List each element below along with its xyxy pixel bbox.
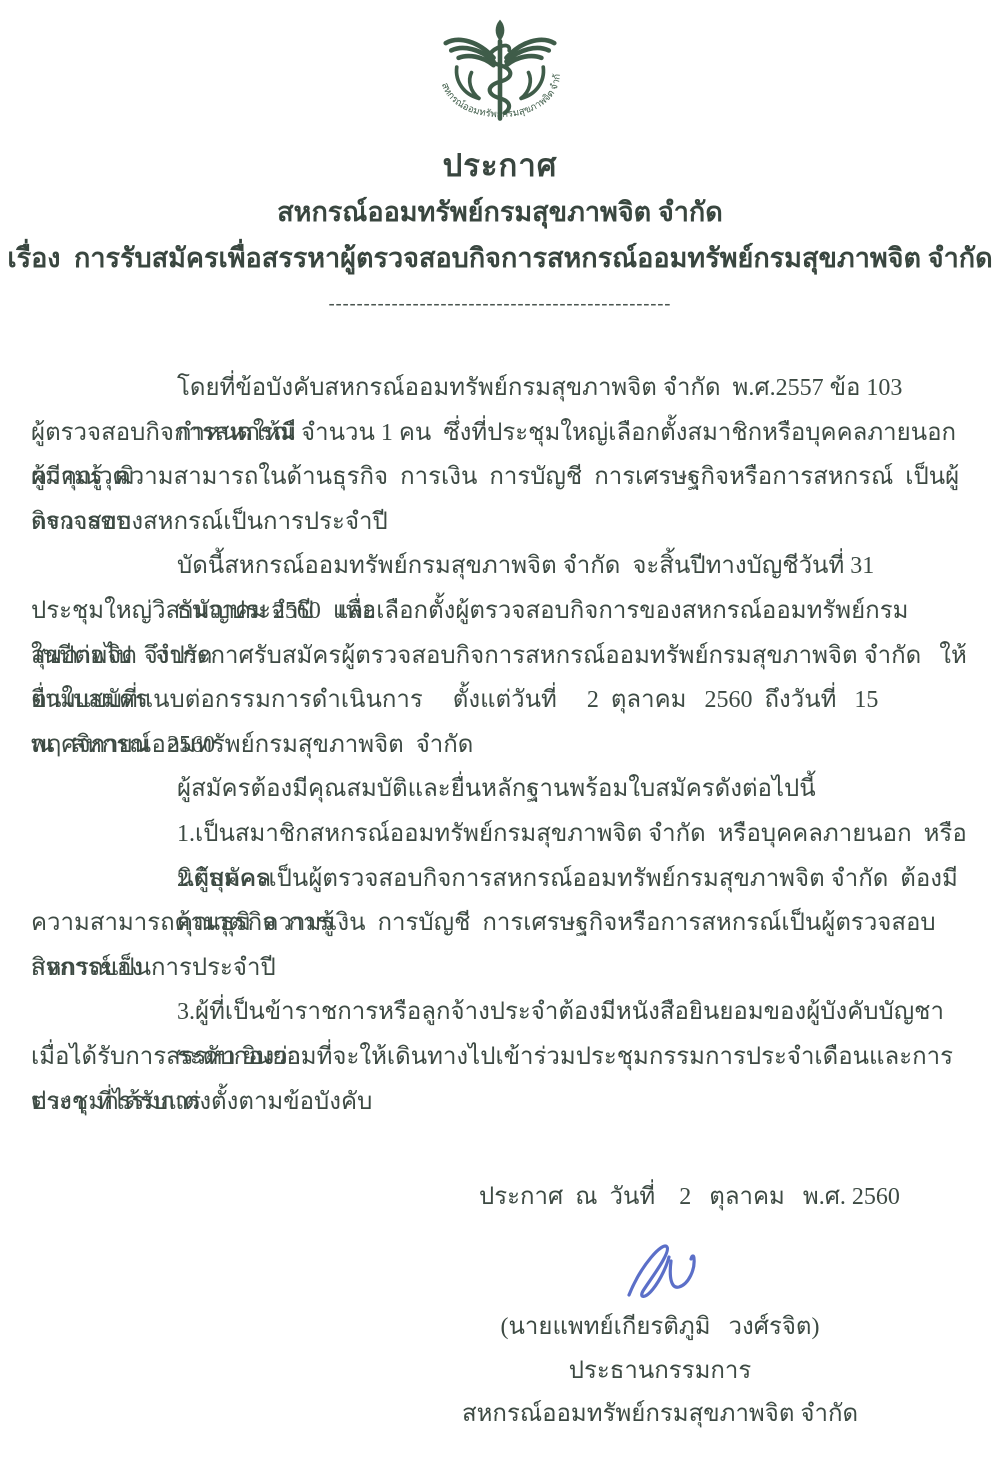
body-line: โดยที่ข้อบังคับสหกรณ์ออมทรัพย์กรมสุขภาพจ… — [31, 366, 969, 411]
signer-name: (นายแพทย์เกียรติภูมิ วงศ์รจิต) — [460, 1306, 860, 1350]
handwritten-signature-icon — [615, 1233, 735, 1311]
body-line: ต่างๆ ที่ได้รับแต่งตั้งตามข้อบังคับ — [31, 1080, 969, 1125]
announcement-date-line: ประกาศ ณ วันที่ 2 ตุลาคม พ.ศ. 2560 — [479, 1176, 900, 1215]
signer-organization: สหกรณ์ออมทรัพย์กรมสุขภาพจิต จำกัด — [460, 1393, 860, 1437]
announcement-document: สหกรณ์ออมทรัพย์กรมสุขภาพจิต จำกัด ประกาศ… — [0, 0, 1000, 1461]
body-line: ผู้สมัครต้องมีคุณสมบัติและยื่นหลักฐานพร้… — [31, 767, 969, 812]
announce-heading: ประกาศ — [0, 140, 1000, 190]
body-line: ณ สหกรณ์ออมทรัพย์กรมสุขภาพจิต จำกัด — [31, 723, 969, 768]
signature — [615, 1233, 735, 1311]
body-line: กิจการของสหกรณ์เป็นการประจำปี — [31, 500, 969, 545]
body-line: 1.เป็นสมาชิกสหกรณ์ออมทรัพย์กรมสุขภาพจิต … — [31, 812, 969, 857]
dashed-divider: ----------------------------------------… — [0, 293, 1000, 314]
body-line: 3.ผู้ที่เป็นข้าราชการหรือลูกจ้างประจำต้อ… — [31, 990, 969, 1035]
body-line: ผู้ตรวจสอบกิจการสหกรณ์ จำนวน 1 คน ซึ่งที… — [31, 411, 969, 456]
body-lines: โดยที่ข้อบังคับสหกรณ์ออมทรัพย์กรมสุขภาพจ… — [31, 366, 969, 1124]
organization-emblem: สหกรณ์ออมทรัพย์กรมสุขภาพจิต จำกัด — [426, 10, 574, 148]
body-line: ความสามารถด้านธุรกิจ การเงิน การบัญชี กา… — [31, 901, 969, 946]
caduceus-torch-logo-icon: สหกรณ์ออมทรัพย์กรมสุขภาพจิต จำกัด — [426, 10, 574, 148]
body-line: ตามแบบที่แนบต่อกรรมการดำเนินการ ตั้งแต่ว… — [31, 678, 969, 723]
signer-block: (นายแพทย์เกียรติภูมิ วงศ์รจิต) ประธานกรร… — [460, 1306, 860, 1437]
body-line: สหกรณ์เป็นการประจำปี — [31, 946, 969, 991]
body-line: ในปีต่อไป จึงประกาศรับสมัครผู้ตรวจสอบกิจ… — [31, 634, 969, 679]
organization-title: สหกรณ์ออมทรัพย์กรมสุขภาพจิต จำกัด — [0, 190, 1000, 233]
signer-title: ประธานกรรมการ — [460, 1350, 860, 1394]
body-line: ความรู้ ความสามารถในด้านธุรกิจ การเงิน ก… — [31, 455, 969, 500]
body-line: บัดนี้สหกรณ์ออมทรัพย์กรมสุขภาพจิต จำกัด … — [31, 544, 969, 589]
body-line: 2.ผู้สมัครเป็นผู้ตรวจสอบกิจการสหกรณ์ออมท… — [31, 857, 969, 902]
body-line: เมื่อได้รับการสรรหา ยินยอมที่จะให้เดินทา… — [31, 1035, 969, 1080]
body-line: ประชุมใหญ่วิสามัญประจำปี เพื่อเลือกตั้งผ… — [31, 589, 969, 634]
subject-line: เรื่อง การรับสมัครเพื่อสรรหาผู้ตรวจสอบกิ… — [0, 236, 1000, 279]
